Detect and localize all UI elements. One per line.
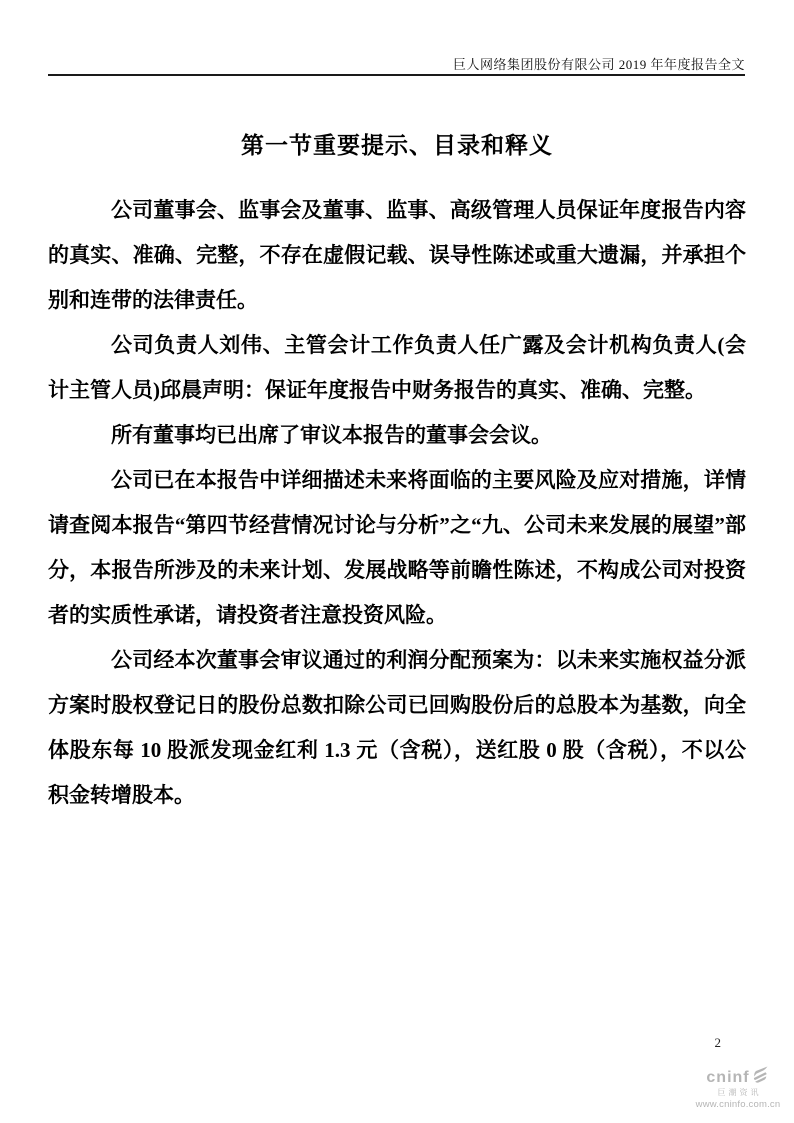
paragraph: 公司董事会、监事会及董事、监事、高级管理人员保证年度报告内容的真实、准确、完整，… (48, 188, 746, 323)
paragraph: 公司经本次董事会审议通过的利润分配预案为：以未来实施权益分派方案时股权登记日的股… (48, 638, 746, 818)
report-page: 巨人网络集团股份有限公司 2019 年年度报告全文 第一节重要提示、目录和释义 … (0, 0, 794, 1123)
header-rule (48, 74, 745, 76)
paragraph: 所有董事均已出席了审议本报告的董事会会议。 (48, 413, 746, 458)
page-number: 2 (715, 1035, 722, 1051)
cninfo-swirl-icon (751, 1066, 770, 1087)
paragraph: 公司已在本报告中详细描述未来将面临的主要风险及应对措施，详情请查阅本报告“第四节… (48, 458, 746, 638)
section-title: 第一节重要提示、目录和释义 (0, 127, 794, 160)
cninfo-logo: cninf 巨潮资讯 www.cninfo.com.cn (686, 1069, 790, 1110)
body-paragraphs: 公司董事会、监事会及董事、监事、高级管理人员保证年度报告内容的真实、准确、完整，… (48, 188, 746, 818)
cninfo-brand-chinese: 巨潮资讯 (686, 1089, 790, 1097)
cninfo-brand-text: cninf (706, 1070, 749, 1086)
paragraph: 公司负责人刘伟、主管会计工作负责人任广露及会计机构负责人(会计主管人员)邱晨声明… (48, 323, 746, 413)
page-header-title: 巨人网络集团股份有限公司 2019 年年度报告全文 (48, 54, 745, 73)
cninfo-url: www.cninfo.com.cn (686, 1100, 790, 1110)
cninfo-logo-row: cninf (686, 1069, 790, 1087)
